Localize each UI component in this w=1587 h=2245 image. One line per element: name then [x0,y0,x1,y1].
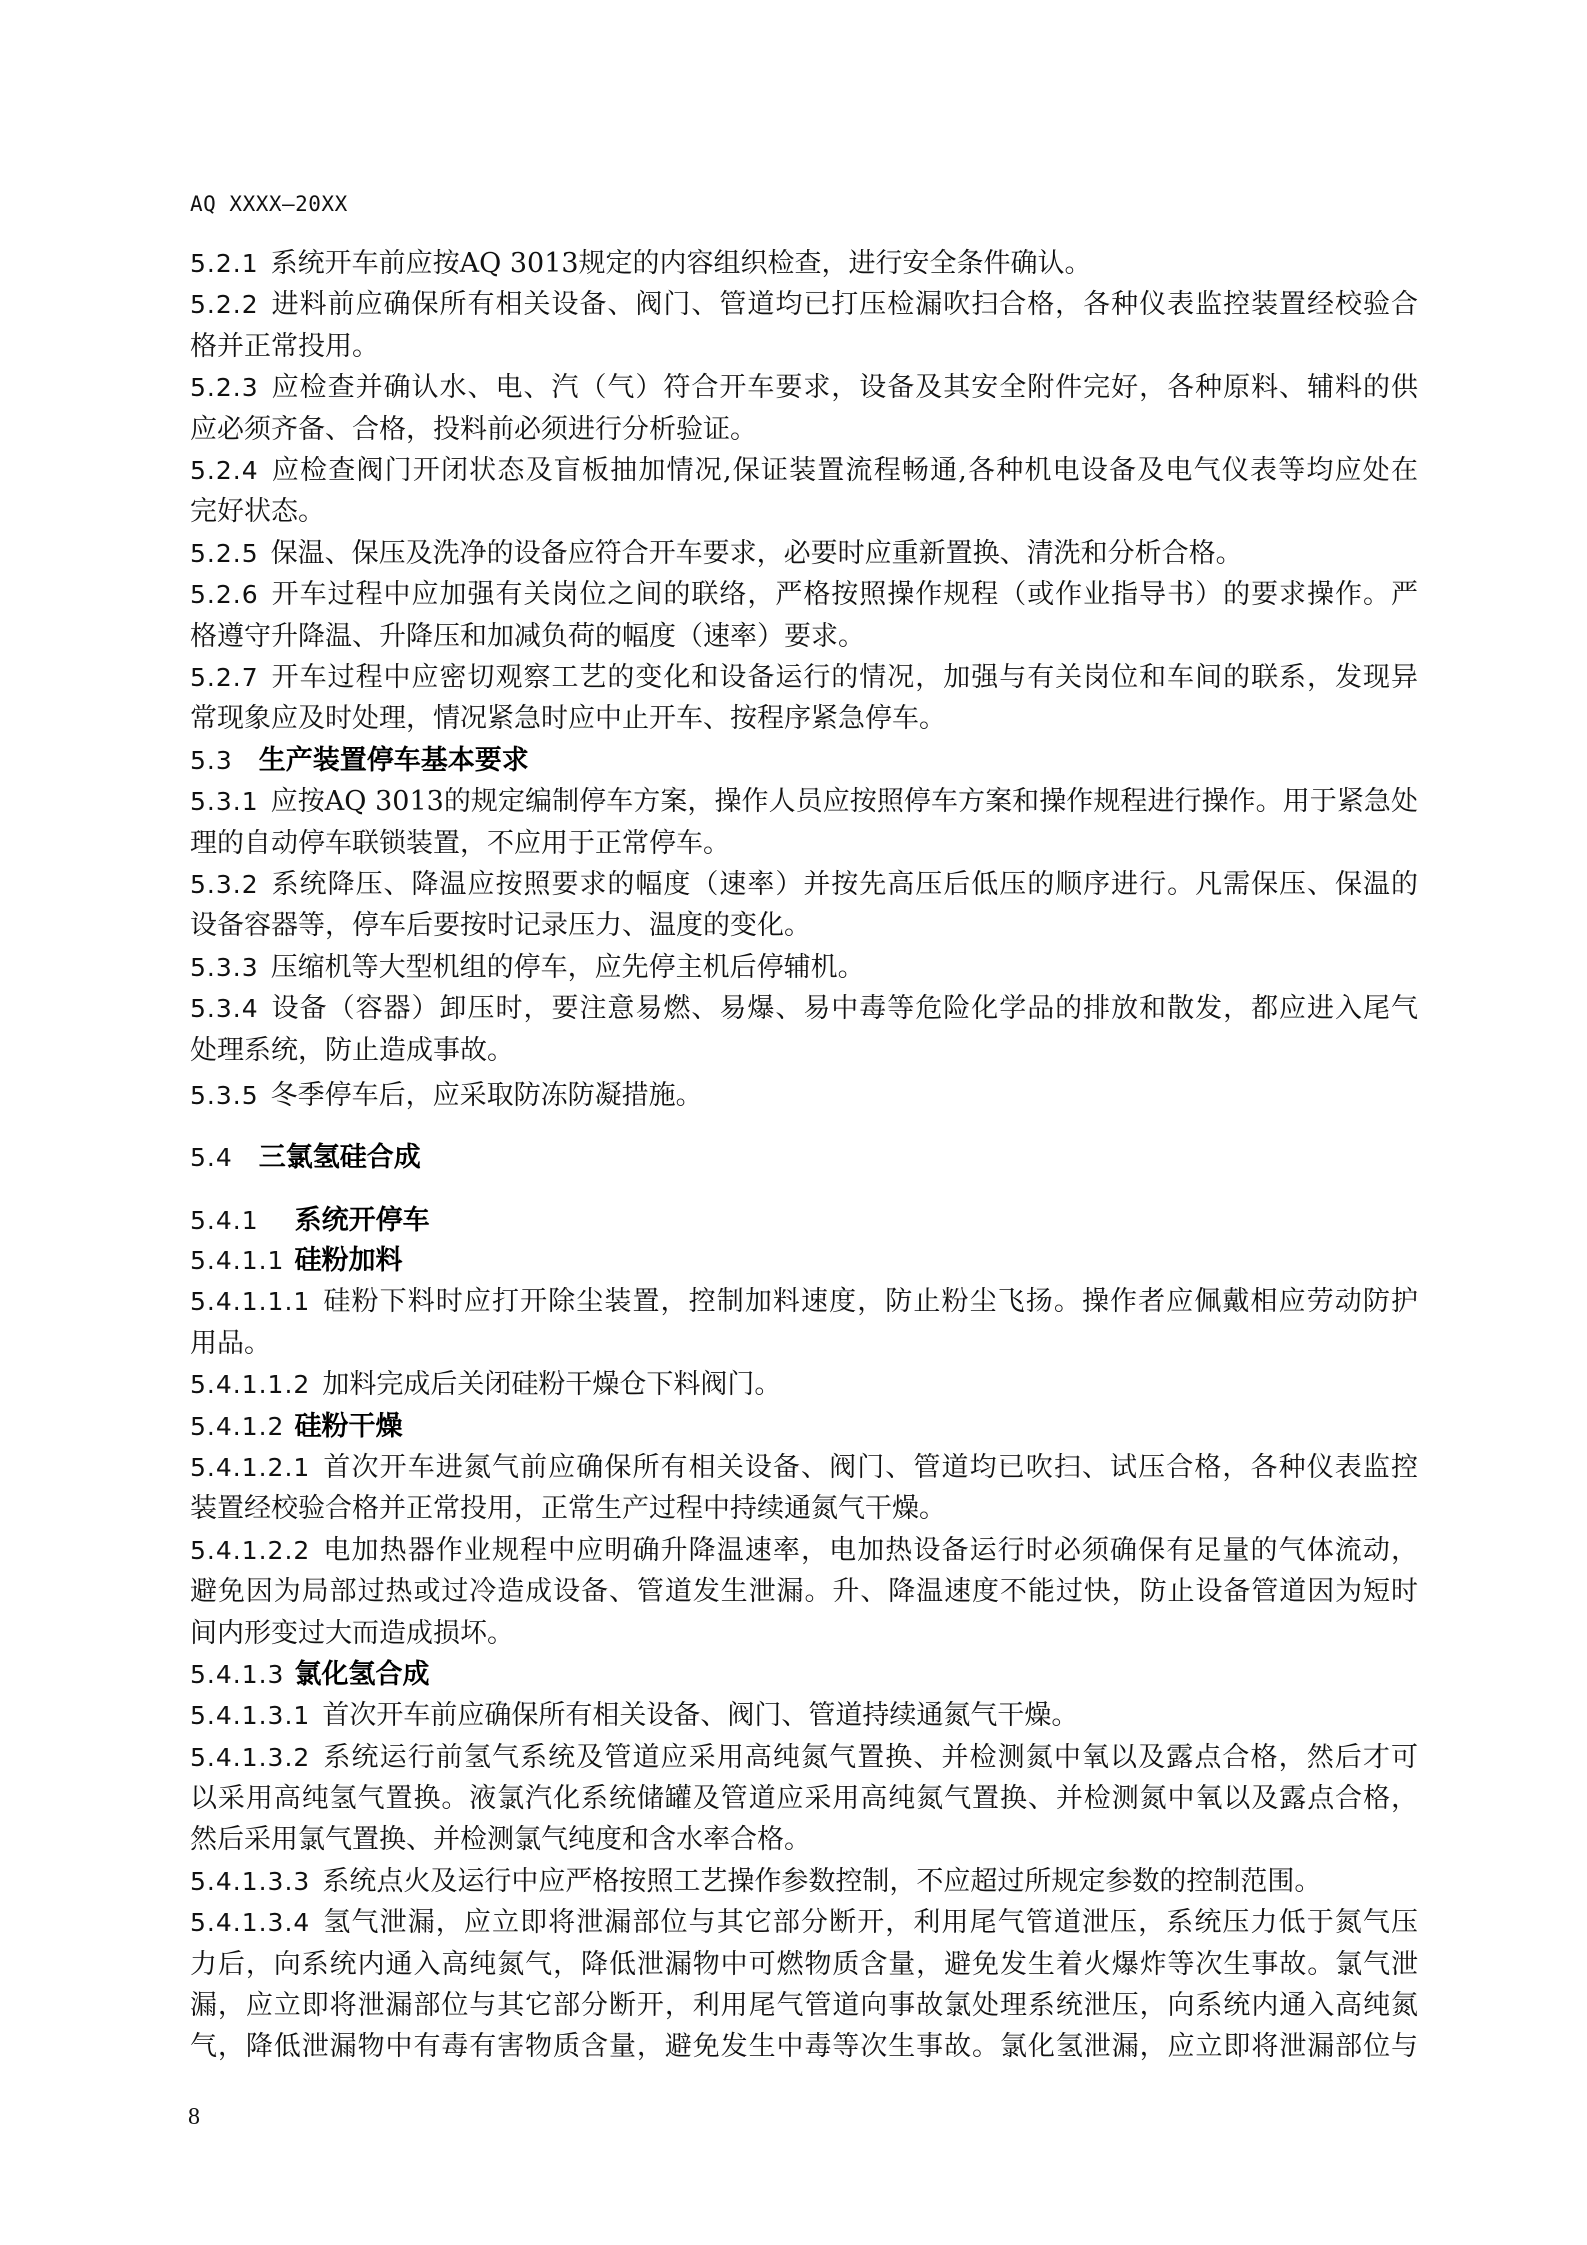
section-heading: 5.4.1.3氯化氢合成 [190,1654,1418,1695]
clause-number: 5.4.1 [190,1206,259,1235]
clause-text: 避免因为局部过热或过冷造成设备、管道发生泄漏。升、降温速度不能过快，防止设备管道… [190,1576,1418,1607]
paragraph-line: 5.3.3压缩机等大型机组的停车，应先停主机后停辅机。 [190,947,1418,988]
paragraph-line: 5.4.1.2.2电加热器作业规程中应明确升降温速率，电加热设备运行时必须确保有… [190,1530,1418,1571]
clause-number: 5.2.6 [190,580,259,609]
clause-number: 5.4.1.3.4 [190,1908,310,1937]
clause-text: 保温、保压及洗净的设备应符合开车要求，必要时应重新置换、清洗和分析合格。 [271,538,1243,569]
paragraph-line: 装置经校验合格并正常投用，正常生产过程中持续通氮气干燥。 [190,1488,1418,1529]
clause-text: 用品。 [190,1328,271,1359]
clause-text: 气，降低泄漏物中有毒有害物质含量，避免发生中毒等次生事故。氯化氢泄漏，应立即将泄… [190,2031,1418,2062]
heading-title: 硅粉加料 [294,1245,402,1276]
paragraph-line: 力后，向系统内通入高纯氮气，降低泄漏物中可燃物质含量，避免发生着火爆炸等次生事故… [190,1944,1418,1985]
clause-text: 力后，向系统内通入高纯氮气，降低泄漏物中可燃物质含量，避免发生着火爆炸等次生事故… [190,1949,1418,1980]
heading-title: 系统开停车 [295,1205,430,1236]
paragraph-line: 完好状态。 [190,491,1418,532]
clause-text: 装置经校验合格并正常投用，正常生产过程中持续通氮气干燥。 [190,1493,946,1524]
paragraph-line: 设备容器等，停车后要按时记录压力、温度的变化。 [190,905,1418,946]
paragraph-line: 5.2.7开车过程中应密切观察工艺的变化和设备运行的情况，加强与有关岗位和车间的… [190,657,1418,698]
clause-text: 格并正常投用。 [190,331,379,362]
clause-text: 首次开车进氮气前应确保所有相关设备、阀门、管道均已吹扫、试压合格，各种仪表监控 [322,1452,1418,1483]
paragraph-line: 格遵守升降温、升降压和加减负荷的幅度（速率）要求。 [190,616,1418,657]
clause-number: 5.2.4 [190,456,259,485]
clause-text: 然后采用氯气置换、并检测氯气纯度和含水率合格。 [190,1824,811,1855]
paragraph-line: 5.4.1.3.3系统点火及运行中应严格按照工艺操作参数控制，不应超过所规定参数… [190,1861,1418,1902]
clause-text: 系统开车前应按AQ 3013规定的内容组织检查，进行安全条件确认。 [271,248,1092,279]
paragraph-line: 气，降低泄漏物中有毒有害物质含量，避免发生中毒等次生事故。氯化氢泄漏，应立即将泄… [190,2026,1418,2067]
paragraph-line: 5.3.4设备（容器）卸压时，要注意易燃、易爆、易中毒等危险化学品的排放和散发，… [190,988,1418,1029]
paragraph-line: 5.4.1.1.1硅粉下料时应打开除尘装置，控制加料速度，防止粉尘飞扬。操作者应… [190,1281,1418,1322]
heading-title: 三氯氢硅合成 [259,1142,421,1173]
document-code-header: AQ XXXX—20XX [190,192,348,216]
paragraph-line: 5.3.5冬季停车后，应采取防冻防凝措施。 [190,1075,1418,1116]
clause-text: 系统降压、降温应按照要求的幅度（速率）并按先高压后低压的顺序进行。凡需保压、保温… [271,869,1418,900]
paragraph-line: 5.3.2系统降压、降温应按照要求的幅度（速率）并按先高压后低压的顺序进行。凡需… [190,864,1418,905]
clause-text: 进料前应确保所有相关设备、阀门、管道均已打压检漏吹扫合格，各种仪表监控装置经校验… [271,289,1418,320]
section-heading: 5.4.1系统开停车 [190,1200,1418,1241]
paragraph-line: 5.2.2进料前应确保所有相关设备、阀门、管道均已打压检漏吹扫合格，各种仪表监控… [190,284,1418,325]
clause-text: 首次开车前应确保所有相关设备、阀门、管道持续通氮气干燥。 [322,1700,1078,1731]
clause-number: 5.2.7 [190,663,259,692]
clause-text: 系统点火及运行中应严格按照工艺操作参数控制，不应超过所规定参数的控制范围。 [322,1866,1321,1897]
clause-text: 开车过程中应密切观察工艺的变化和设备运行的情况，加强与有关岗位和车间的联系，发现… [271,662,1418,693]
clause-number: 5.2.2 [190,290,259,319]
clause-text: 处理系统，防止造成事故。 [190,1035,514,1066]
clause-text: 开车过程中应加强有关岗位之间的联络，严格按照操作规程（或作业指导书）的要求操作。… [271,579,1418,610]
clause-text: 氢气泄漏，应立即将泄漏部位与其它部分断开，利用尾气管道泄压，系统压力低于氮气压 [322,1907,1418,1938]
heading-title: 生产装置停车基本要求 [259,745,529,776]
clause-number: 5.3.1 [190,787,259,816]
document-page: AQ XXXX—20XX 5.2.1系统开车前应按AQ 3013规定的内容组织检… [0,0,1587,2245]
paragraph-line: 5.4.1.3.1首次开车前应确保所有相关设备、阀门、管道持续通氮气干燥。 [190,1695,1418,1736]
clause-number: 5.4.1.1.1 [190,1287,310,1316]
clause-number: 5.3.3 [190,953,259,982]
clause-text: 设备容器等，停车后要按时记录压力、温度的变化。 [190,910,811,941]
clause-text: 压缩机等大型机组的停车，应先停主机后停辅机。 [271,952,865,983]
paragraph-line: 格并正常投用。 [190,326,1418,367]
clause-number: 5.3 [190,746,233,775]
paragraph-line: 间内形变过大而造成损坏。 [190,1613,1418,1654]
paragraph-line: 避免因为局部过热或过冷造成设备、管道发生泄漏。升、降温速度不能过快，防止设备管道… [190,1571,1418,1612]
clause-number: 5.2.1 [190,249,259,278]
clause-text: 电加热器作业规程中应明确升降温速率，电加热设备运行时必须确保有足量的气体流动， [322,1535,1418,1566]
paragraph-line: 5.2.4应检查阀门开闭状态及盲板抽加情况,保证装置流程畅通,各种机电设备及电气… [190,450,1418,491]
clause-text: 理的自动停车联锁装置，不应用于正常停车。 [190,828,730,859]
clause-number: 5.4.1.3 [190,1660,284,1689]
clause-text: 应必须齐备、合格，投料前必须进行分析验证。 [190,414,757,445]
page-number: 8 [188,2104,200,2131]
paragraph-line: 用品。 [190,1323,1418,1364]
paragraph-line: 然后采用氯气置换、并检测氯气纯度和含水率合格。 [190,1819,1418,1860]
clause-text: 常现象应及时处理，情况紧急时应中止开车、按程序紧急停车。 [190,703,946,734]
paragraph-line: 5.4.1.3.4氢气泄漏，应立即将泄漏部位与其它部分断开，利用尾气管道泄压，系… [190,1902,1418,1943]
section-heading: 5.4.1.2硅粉干燥 [190,1406,1418,1447]
clause-text: 应检查阀门开闭状态及盲板抽加情况,保证装置流程畅通,各种机电设备及电气仪表等均应… [271,455,1418,486]
paragraph-line: 常现象应及时处理，情况紧急时应中止开车、按程序紧急停车。 [190,698,1418,739]
paragraph-line: 5.2.1系统开车前应按AQ 3013规定的内容组织检查，进行安全条件确认。 [190,243,1418,284]
clause-number: 5.2.5 [190,539,259,568]
paragraph-line: 5.3.1应按AQ 3013的规定编制停车方案，操作人员应按照停车方案和操作规程… [190,781,1418,822]
clause-text: 以采用高纯氢气置换。液氯汽化系统储罐及管道应采用高纯氮气置换、并检测氮中氧以及露… [190,1783,1418,1814]
paragraph-line: 5.2.3应检查并确认水、电、汽（气）符合开车要求，设备及其安全附件完好，各种原… [190,367,1418,408]
clause-number: 5.3.4 [190,994,259,1023]
clause-number: 5.4.1.3.1 [190,1701,310,1730]
paragraph-line: 应必须齐备、合格，投料前必须进行分析验证。 [190,409,1418,450]
clause-number: 5.2.3 [190,373,259,402]
heading-title: 氯化氢合成 [294,1659,429,1690]
paragraph-line: 5.4.1.2.1首次开车进氮气前应确保所有相关设备、阀门、管道均已吹扫、试压合… [190,1447,1418,1488]
clause-number: 5.4.1.2.1 [190,1453,310,1482]
heading-title: 硅粉干燥 [294,1411,402,1442]
paragraph-line: 理的自动停车联锁装置，不应用于正常停车。 [190,823,1418,864]
clause-text: 应检查并确认水、电、汽（气）符合开车要求，设备及其安全附件完好，各种原料、辅料的… [271,372,1418,403]
clause-text: 漏，应立即将泄漏部位与其它部分断开，利用尾气管道向事故氯处理系统泄压，向系统内通… [190,1990,1418,2021]
clause-text: 硅粉下料时应打开除尘装置，控制加料速度，防止粉尘飞扬。操作者应佩戴相应劳动防护 [322,1286,1418,1317]
paragraph-line: 以采用高纯氢气置换。液氯汽化系统储罐及管道应采用高纯氮气置换、并检测氮中氧以及露… [190,1778,1418,1819]
clause-text: 完好状态。 [190,496,325,527]
clause-text: 应按AQ 3013的规定编制停车方案，操作人员应按照停车方案和操作规程进行操作。… [271,786,1418,817]
paragraph-line: 漏，应立即将泄漏部位与其它部分断开，利用尾气管道向事故氯处理系统泄压，向系统内通… [190,1985,1418,2026]
section-heading: 5.4.1.1硅粉加料 [190,1240,1418,1281]
clause-number: 5.4.1.3.2 [190,1743,310,1772]
clause-text: 格遵守升降温、升降压和加减负荷的幅度（速率）要求。 [190,621,865,652]
clause-text: 冬季停车后，应采取防冻防凝措施。 [271,1080,703,1111]
clause-number: 5.4.1.1 [190,1246,284,1275]
paragraph-line: 5.2.6开车过程中应加强有关岗位之间的联络，严格按照操作规程（或作业指导书）的… [190,574,1418,615]
clause-number: 5.3.5 [190,1081,259,1110]
clause-number: 5.4.1.2 [190,1412,284,1441]
clause-text: 间内形变过大而造成损坏。 [190,1618,514,1649]
clause-text: 加料完成后关闭硅粉干燥仓下料阀门。 [322,1369,781,1400]
paragraph-line: 处理系统，防止造成事故。 [190,1030,1418,1071]
clause-number: 5.4.1.1.2 [190,1370,310,1399]
section-heading: 5.3生产装置停车基本要求 [190,740,1418,781]
clause-number: 5.4 [190,1143,233,1172]
paragraph-line: 5.2.5保温、保压及洗净的设备应符合开车要求，必要时应重新置换、清洗和分析合格… [190,533,1418,574]
clause-text: 设备（容器）卸压时，要注意易燃、易爆、易中毒等危险化学品的排放和散发，都应进入尾… [271,993,1418,1024]
clause-text: 系统运行前氢气系统及管道应采用高纯氮气置换、并检测氮中氧以及露点合格，然后才可 [322,1742,1418,1773]
clause-number: 5.3.2 [190,870,259,899]
paragraph-line: 5.4.1.1.2加料完成后关闭硅粉干燥仓下料阀门。 [190,1364,1418,1405]
paragraph-line: 5.4.1.3.2系统运行前氢气系统及管道应采用高纯氮气置换、并检测氮中氧以及露… [190,1737,1418,1778]
clause-number: 5.4.1.3.3 [190,1867,310,1896]
clause-number: 5.4.1.2.2 [190,1536,310,1565]
section-heading: 5.4三氯氢硅合成 [190,1137,1418,1178]
